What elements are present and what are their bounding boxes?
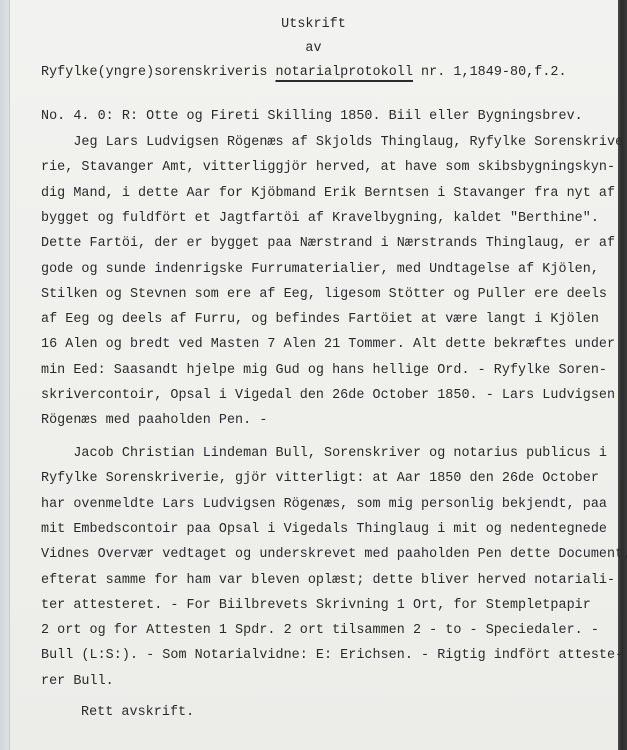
closing-line: Rett avskrift. — [41, 705, 194, 721]
text-line: 2 ort og for Attesten 1 Spdr. 2 ort tils… — [41, 623, 599, 639]
text-line: efterat samme for ham var bleven oplæst;… — [41, 573, 615, 589]
text-line: har ovenmeldte Lars Ludvigsen Rögenæs, s… — [41, 497, 607, 513]
text-line: rie, Stavanger Amt, vitterliggjör herved… — [41, 160, 615, 176]
text-line: mit Embedscontoir paa Opsal i Vigedals T… — [41, 522, 607, 538]
text-line: Ryfylke Sorenskriverie, gjör vitterligt:… — [41, 471, 599, 487]
page-border — [618, 0, 627, 750]
scan-margin — [0, 0, 9, 750]
text-line: skrivercontoir, Opsal i Vigedal den 26de… — [41, 388, 615, 404]
text-line: 16 Alen og bredt ved Masten 7 Alen 21 To… — [41, 337, 615, 353]
source-prefix: Ryfylke(yngre)sorenskriveris — [41, 65, 276, 80]
document-title: Utskrift — [0, 17, 627, 33]
text-line: Dette Fartöi, der er bygget paa Nærstran… — [41, 236, 615, 252]
text-line: Bull (L:S:). - Som Notarialvidne: E: Eri… — [41, 648, 623, 664]
text-line: min Eed: Saasandt hjelpe mig Gud og hans… — [41, 363, 607, 379]
text-line: rer Bull. — [41, 674, 114, 690]
text-line: Jacob Christian Lindeman Bull, Sorenskri… — [41, 446, 607, 462]
source-underlined: notarialprotokoll — [276, 65, 413, 80]
text-line: af Eeg og deels af Furru, og befindes Fa… — [41, 312, 599, 328]
text-line: dig Mand, i dette Aar for Kjöbmand Erik … — [41, 186, 615, 202]
closing-text: Rett avskrift. — [41, 705, 194, 720]
text-line: Vidnes Overvær vedtaget og underskrevet … — [41, 547, 627, 563]
text-line: ter attesteret. - For Biilbrevets Skrivn… — [41, 598, 591, 614]
text-line: gode og sunde indenrigske Furrumateriali… — [41, 262, 599, 278]
text-line: Jeg Lars Ludvigsen Rögenæs af Skjolds Th… — [41, 135, 623, 151]
text-line: bygget og fuldfört et Jagtfartöi af Krav… — [41, 211, 599, 227]
source-suffix: nr. 1,1849-80,f.2. — [413, 65, 567, 80]
text-line: Rögenæs med paaholden Pen. - — [41, 413, 267, 429]
text-line: Stilken og Stevnen som ere af Eeg, liges… — [41, 287, 607, 303]
source-reference: Ryfylke(yngre)sorenskriveris notarialpro… — [41, 65, 567, 81]
entry-heading: No. 4. 0: R: Otte og Fireti Skilling 185… — [41, 109, 583, 125]
document-subtitle: av — [0, 41, 627, 57]
